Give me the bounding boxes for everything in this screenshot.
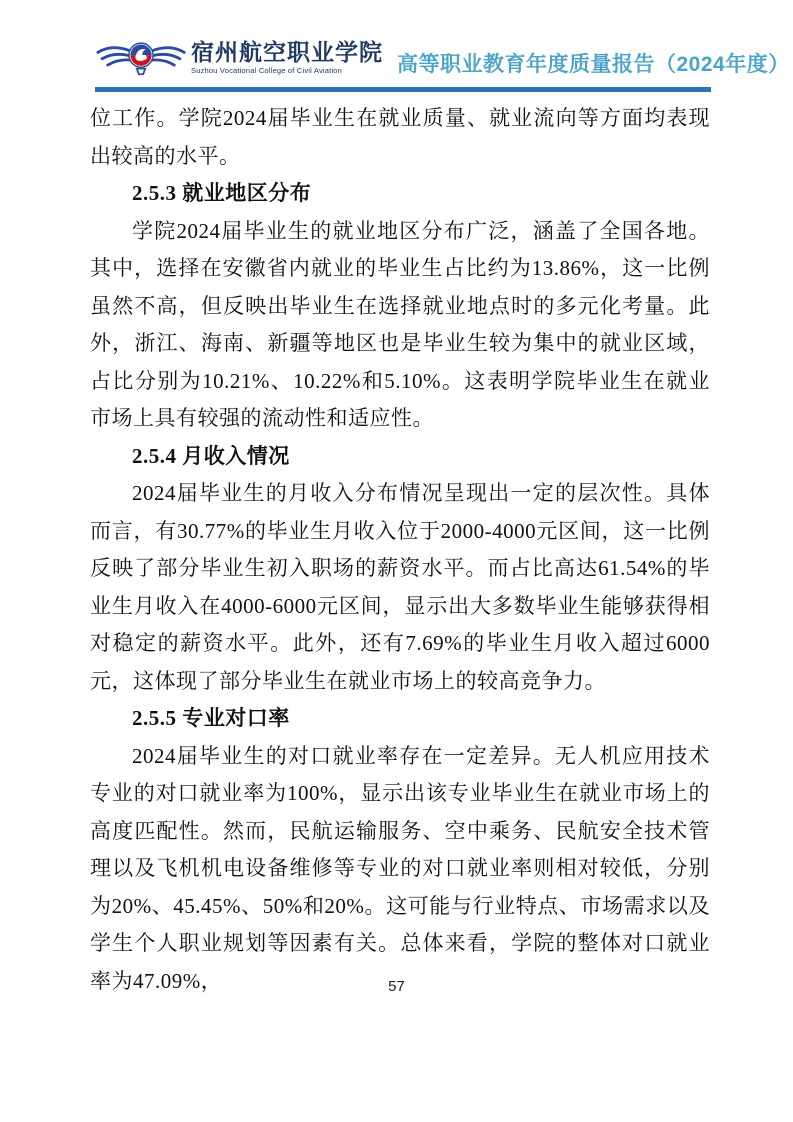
section-heading-2-5-5: 2.5.5 专业对口率 — [90, 700, 710, 738]
section-paragraph-2-5-4: 2024届毕业生的月收入分布情况呈现出一定的层次性。具体而言，有30.77%的毕… — [90, 475, 710, 700]
section-heading-2-5-3: 2.5.3 就业地区分布 — [90, 175, 710, 213]
college-name-en: Suzhou Vocational College of Civil Aviat… — [191, 67, 383, 75]
page-body: 位工作。学院2024届毕业生在就业质量、就业流向等方面均表现出较高的水平。 2.… — [90, 100, 710, 1000]
document-page: 宿州航空职业学院 Suzhou Vocational College of Ci… — [0, 0, 793, 1122]
college-name-block: 宿州航空职业学院 Suzhou Vocational College of Ci… — [191, 41, 383, 75]
header-divider — [95, 87, 711, 92]
page-number: 57 — [388, 978, 405, 995]
section-paragraph-2-5-5: 2024届毕业生的对口就业率存在一定差异。无人机应用技术专业的对口就业率为100… — [90, 738, 710, 1001]
section-heading-2-5-4: 2.5.4 月收入情况 — [90, 438, 710, 476]
page-footer: 57 — [0, 978, 793, 996]
section-paragraph-2-5-3: 学院2024届毕业生的就业地区分布广泛，涵盖了全国各地。其中，选择在安徽省内就业… — [90, 213, 710, 438]
header-brand: 宿州航空职业学院 Suzhou Vocational College of Ci… — [95, 32, 383, 84]
intro-paragraph: 位工作。学院2024届毕业生在就业质量、就业流向等方面均表现出较高的水平。 — [90, 100, 710, 175]
page-header: 宿州航空职业学院 Suzhou Vocational College of Ci… — [95, 32, 713, 84]
college-name-cn: 宿州航空职业学院 — [191, 41, 383, 64]
report-title: 高等职业教育年度质量报告（2024年度） — [397, 38, 790, 78]
college-logo-icon — [95, 32, 187, 84]
